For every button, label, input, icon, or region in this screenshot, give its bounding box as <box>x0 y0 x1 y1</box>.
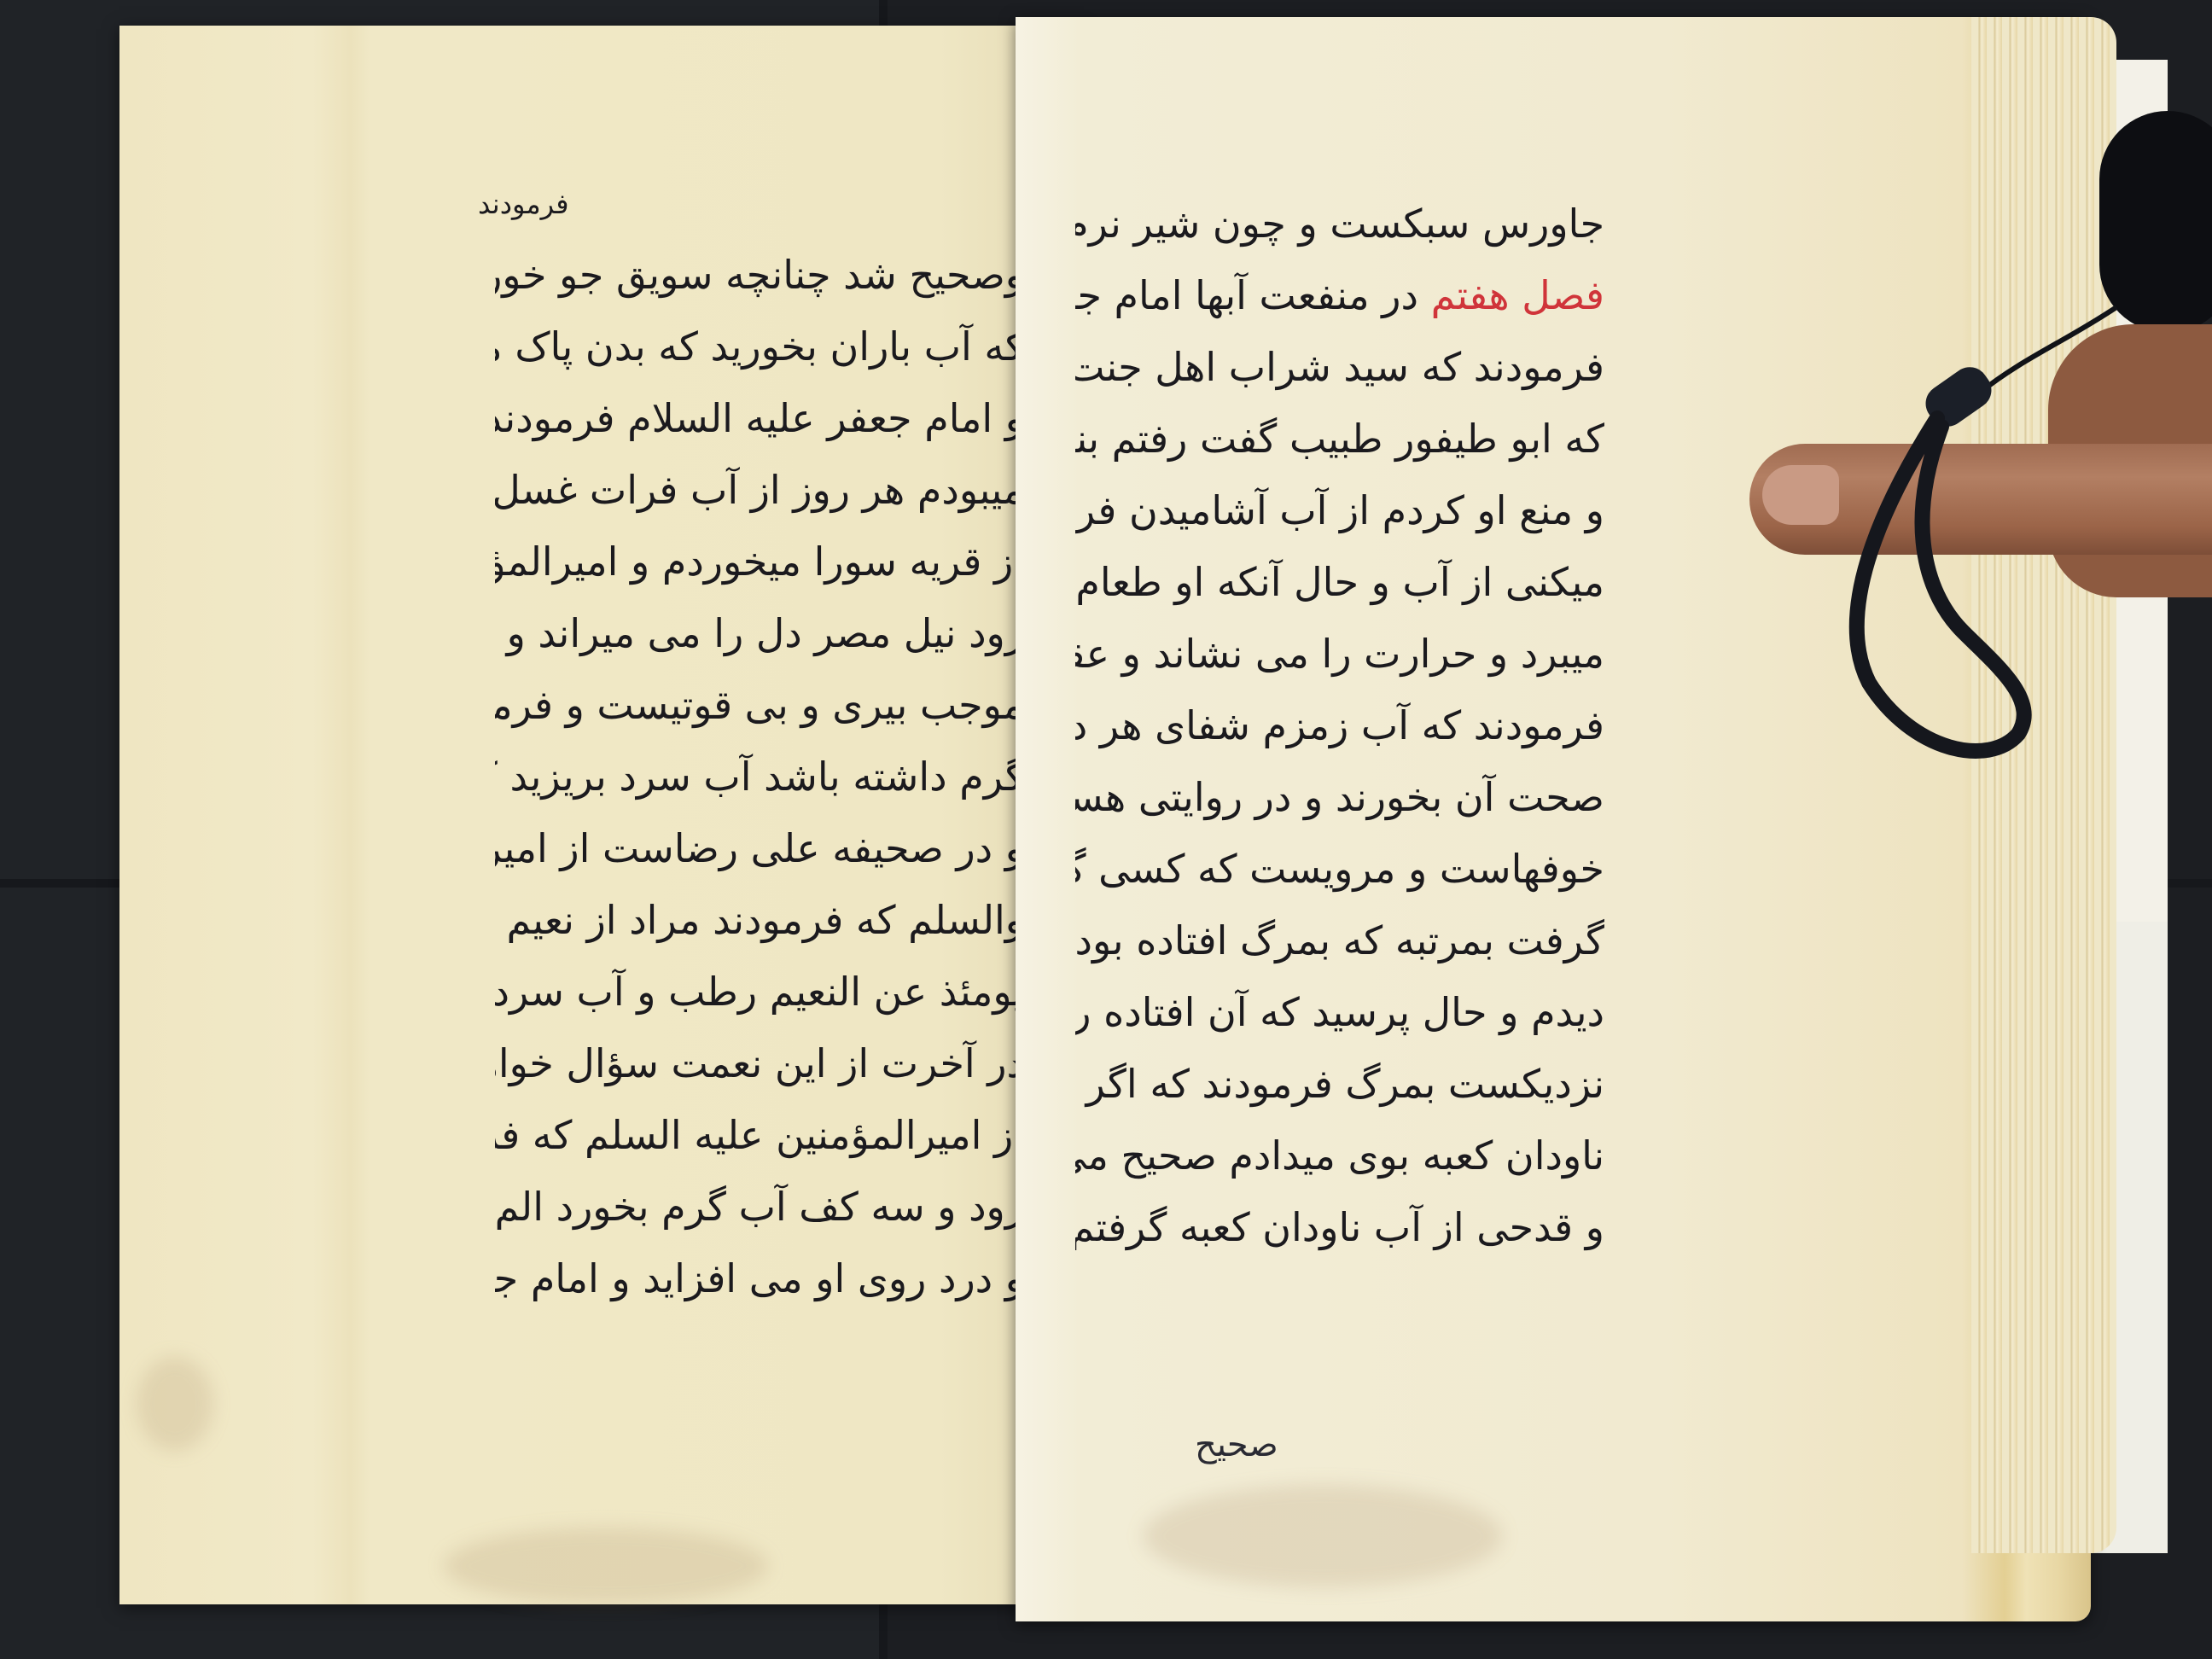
camera-strap <box>0 0 2212 1659</box>
